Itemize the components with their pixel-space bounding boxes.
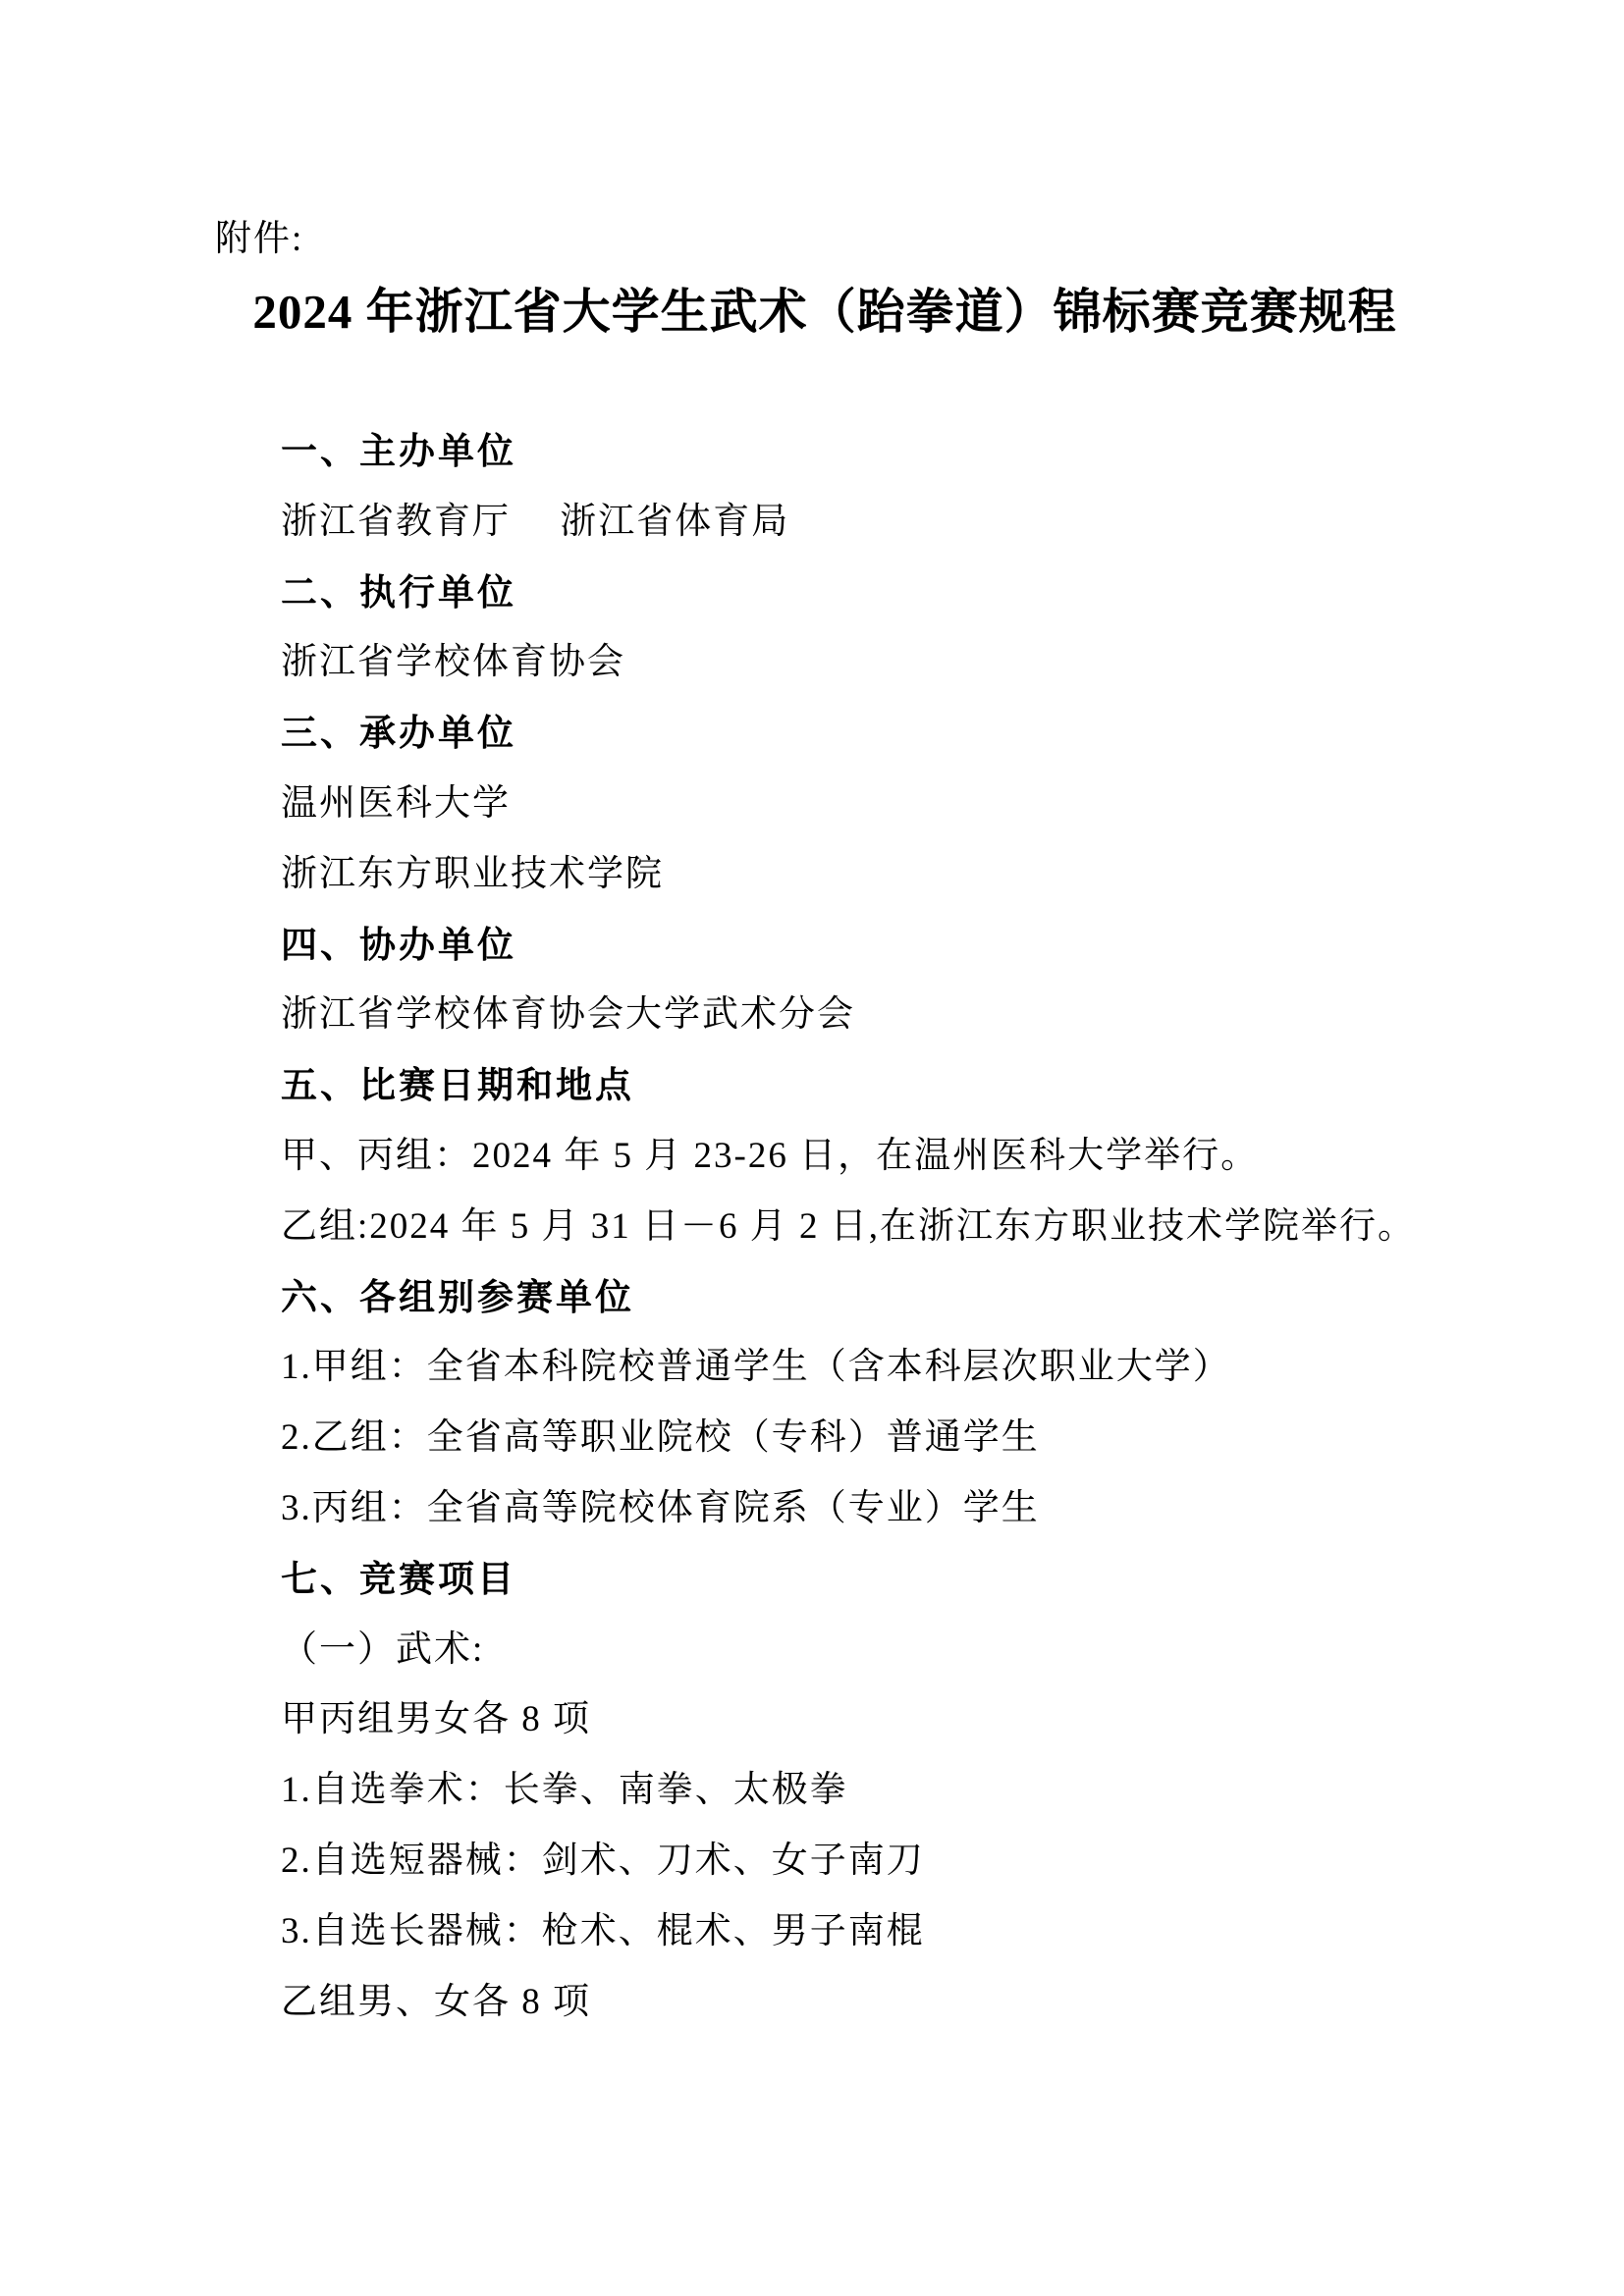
document-page: 附件: 2024 年浙江省大学生武术（跆拳道）锦标赛竞赛规程 一、主办单位浙江省…	[0, 0, 1624, 2296]
section-heading: 二、执行单位	[281, 558, 1565, 628]
paragraph-line: 乙组男、女各 8 项	[281, 1967, 1565, 2038]
paragraph-line: 温州医科大学	[281, 769, 1565, 839]
paragraph-line: 2.自选短器械：剑术、刀术、女子南刀	[281, 1826, 1565, 1896]
paragraph-line: 浙江东方职业技术学院	[281, 839, 1565, 910]
paragraph-line: （一）武术:	[281, 1615, 1565, 1685]
paragraph-line: 1.甲组：全省本科院校普通学生（含本科层次职业大学）	[281, 1332, 1565, 1403]
paragraph-line: 浙江省学校体育协会大学武术分会	[281, 980, 1565, 1050]
section-heading: 四、协办单位	[281, 910, 1565, 981]
paragraph-line: 乙组:2024 年 5 月 31 日－6 月 2 日,在浙江东方职业技术学院举行…	[281, 1192, 1565, 1262]
paragraph-line: 浙江省学校体育协会	[281, 627, 1565, 698]
attachment-label: 附件:	[215, 208, 303, 261]
paragraph-line: 3.自选长器械：枪术、棍术、男子南棍	[281, 1896, 1565, 1967]
paragraph-line: 3.丙组：全省高等院校体育院系（专业）学生	[281, 1473, 1565, 1544]
page-title: 2024 年浙江省大学生武术（跆拳道）锦标赛竞赛规程	[0, 274, 1624, 343]
paragraph-line: 浙江省教育厅 浙江省体育局	[281, 487, 1565, 558]
section-heading: 七、竞赛项目	[281, 1544, 1565, 1615]
paragraph-line: 2.乙组：全省高等职业院校（专科）普通学生	[281, 1403, 1565, 1473]
section-heading: 一、主办单位	[281, 416, 1565, 487]
section-heading: 三、承办单位	[281, 698, 1565, 769]
document-body: 一、主办单位浙江省教育厅 浙江省体育局二、执行单位浙江省学校体育协会三、承办单位…	[281, 416, 1565, 2037]
paragraph-line: 1.自选拳术：长拳、南拳、太极拳	[281, 1755, 1565, 1826]
section-heading: 六、各组别参赛单位	[281, 1262, 1565, 1333]
paragraph-line: 甲丙组男女各 8 项	[281, 1684, 1565, 1755]
paragraph-line: 甲、丙组：2024 年 5 月 23-26 日，在温州医科大学举行。	[281, 1121, 1565, 1192]
section-heading: 五、比赛日期和地点	[281, 1050, 1565, 1121]
